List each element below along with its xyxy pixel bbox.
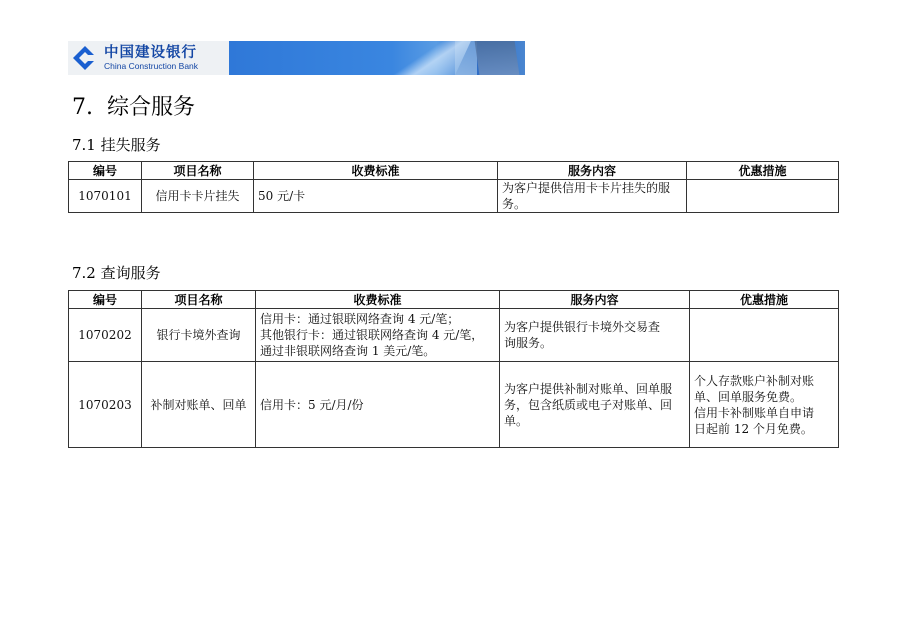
cell-discount	[687, 180, 839, 213]
cell-name: 信用卡卡片挂失	[142, 180, 254, 213]
cell-content: 为客户提供银行卡境外交易查 询服务。	[500, 309, 690, 362]
subsection-heading-7-1: 7.1 挂失服务	[72, 135, 161, 155]
column-header-code: 编号	[69, 162, 142, 180]
column-header-fee: 收费标准	[256, 291, 500, 309]
table-row: 1070203 补制对账单、回单 信用卡：5 元/月/份 为客户提供补制对账单、…	[69, 362, 839, 448]
column-header-content: 服务内容	[500, 291, 690, 309]
subsection-heading-7-2: 7.2 查询服务	[72, 263, 161, 283]
cell-content: 为客户提供补制对账单、回单服 务，包含纸质或电子对账单、回 单。	[500, 362, 690, 448]
column-header-content: 服务内容	[498, 162, 687, 180]
column-header-discount: 优惠措施	[687, 162, 839, 180]
cell-content: 为客户提供信用卡卡片挂失的服务。	[498, 180, 687, 213]
cell-name: 补制对账单、回单	[142, 362, 256, 448]
banner-building-image	[229, 41, 525, 75]
cell-fee: 信用卡：5 元/月/份	[256, 362, 500, 448]
section-number: 7.	[72, 95, 93, 120]
cell-discount: 个人存款账户补制对账 单、回单服务免费。 信用卡补制账单自申请 日起前 12 个…	[690, 362, 839, 448]
fee-table-inquiry: 编号 项目名称 收费标准 服务内容 优惠措施 1070202 银行卡境外查询 信…	[68, 290, 839, 448]
column-header-name: 项目名称	[142, 162, 254, 180]
cell-name: 银行卡境外查询	[142, 309, 256, 362]
column-header-name: 项目名称	[142, 291, 256, 309]
table-header-row: 编号 项目名称 收费标准 服务内容 优惠措施	[69, 291, 839, 309]
cell-code: 1070203	[69, 362, 142, 448]
bank-logo: 中国建设银行 China Construction Bank	[68, 41, 229, 75]
column-header-code: 编号	[69, 291, 142, 309]
cell-code: 1070101	[69, 180, 142, 213]
table-row: 1070202 银行卡境外查询 信用卡：通过银联网络查询 4 元/笔； 其他银行…	[69, 309, 839, 362]
column-header-discount: 优惠措施	[690, 291, 839, 309]
cell-discount	[690, 309, 839, 362]
logo-english-name: China Construction Bank	[104, 62, 198, 71]
section-title: 7.综合服务	[72, 94, 195, 122]
cell-code: 1070202	[69, 309, 142, 362]
column-header-fee: 收费标准	[254, 162, 498, 180]
section-title-text: 综合服务	[107, 95, 195, 120]
ccb-logo-icon	[72, 45, 98, 71]
logo-chinese-name: 中国建设银行	[104, 46, 198, 61]
table-row: 1070101 信用卡卡片挂失 50 元/卡 为客户提供信用卡卡片挂失的服务。	[69, 180, 839, 213]
table-header-row: 编号 项目名称 收费标准 服务内容 优惠措施	[69, 162, 839, 180]
cell-fee: 信用卡：通过银联网络查询 4 元/笔； 其他银行卡：通过银联网络查询 4 元/笔…	[256, 309, 500, 362]
bank-header-banner: 中国建设银行 China Construction Bank	[68, 41, 525, 75]
fee-table-lost-report: 编号 项目名称 收费标准 服务内容 优惠措施 1070101 信用卡卡片挂失 5…	[68, 161, 839, 213]
cell-fee: 50 元/卡	[254, 180, 498, 213]
